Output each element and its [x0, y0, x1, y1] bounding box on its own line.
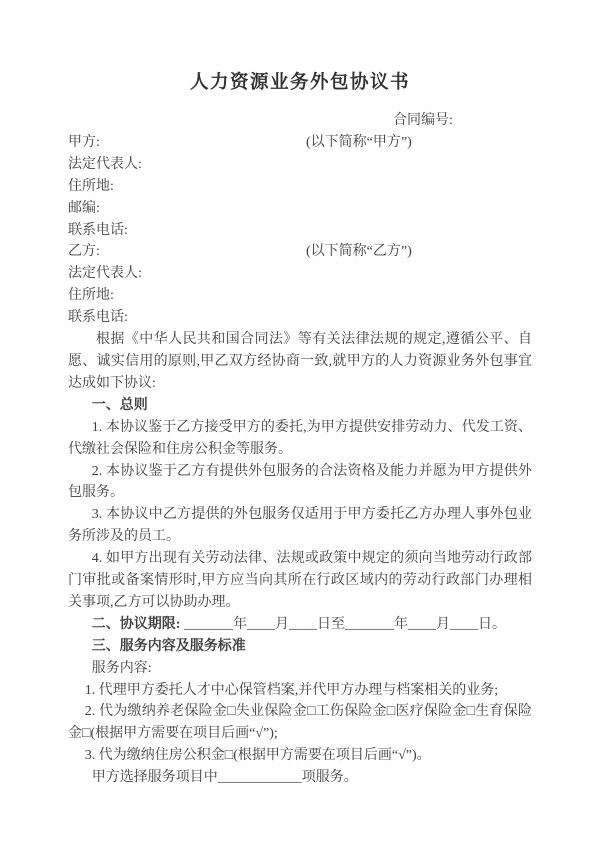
- service-content-label: 服务内容:: [68, 658, 532, 680]
- document-title: 人力资源业务外包协议书: [68, 70, 532, 96]
- party-a-note: (以下简称“甲方”): [306, 132, 412, 154]
- document-content: 人力资源业务外包协议书 合同编号: 甲方: (以下简称“甲方”) 法定代表人: …: [68, 0, 532, 789]
- party-b-note: (以下简称“乙方”): [306, 241, 412, 263]
- section-2-date-blanks: _______年____月____日至_______年____月____日。: [180, 617, 506, 632]
- preamble-paragraph: 根据《中华人民共和国合同法》等有关法律法规的规定,遵循公平、自愿、诚实信用的原则…: [68, 329, 532, 395]
- address-label: 住所地:: [68, 288, 114, 303]
- section-1-item-3: 3. 本协议中乙方提供的外包服务仅适用于甲方委托乙方办理人事外包业务所涉及的员工…: [68, 504, 532, 548]
- party-b-line: 乙方: (以下简称“乙方”): [68, 241, 532, 263]
- legal-rep-label: 法定代表人:: [68, 266, 142, 281]
- party-a-label: 甲方:: [68, 135, 100, 150]
- section-2-term-line: 二、协议期限: _______年____月____日至_______年____月…: [68, 614, 532, 636]
- party-b-label: 乙方:: [68, 244, 100, 259]
- party-b-address-line: 住所地:: [68, 285, 532, 307]
- section-3-item-1: 1. 代理甲方委托人才中心保管档案,并代甲方办理与档案相关的业务;: [68, 680, 532, 702]
- document-page: 人力资源业务外包协议书 合同编号: 甲方: (以下简称“甲方”) 法定代表人: …: [0, 0, 600, 849]
- phone-label: 联系电话:: [68, 223, 128, 238]
- phone-label: 联系电话:: [68, 310, 128, 325]
- section-1-item-4: 4. 如甲方出现有关劳动法律、法规或政策中规定的须向当地劳动行政部门审批或备案情…: [68, 548, 532, 614]
- section-3-item-3: 3. 代为缴纳住房公积金□(根据甲方需要在项目后画“√”)。: [68, 745, 532, 767]
- section-2-heading: 二、协议期限:: [92, 617, 181, 632]
- postcode-label: 邮编:: [68, 201, 100, 216]
- section-1-item-2: 2. 本协议鉴于乙方有提供外包服务的合法资格及能力并愿为甲方提供外包服务。: [68, 461, 532, 505]
- party-b-legal-rep-line: 法定代表人:: [68, 263, 532, 285]
- section-3-item-2: 2. 代为缴纳养老保险金□失业保险金□工伤保险金□医疗保险金□生育保险金□(根据…: [68, 701, 532, 745]
- contract-number-label: 合同编号:: [68, 110, 532, 132]
- party-a-postcode-line: 邮编:: [68, 198, 532, 220]
- address-label: 住所地:: [68, 179, 114, 194]
- party-a-legal-rep-line: 法定代表人:: [68, 154, 532, 176]
- party-a-phone-line: 联系电话:: [68, 220, 532, 242]
- service-selection-line: 甲方选择服务项目中____________项服务。: [68, 767, 532, 789]
- party-b-phone-line: 联系电话:: [68, 307, 532, 329]
- party-a-address-line: 住所地:: [68, 176, 532, 198]
- legal-rep-label: 法定代表人:: [68, 157, 142, 172]
- section-1-heading: 一、总则: [68, 395, 532, 417]
- section-1-item-1: 1. 本协议鉴于乙方接受甲方的委托,为甲方提供安排劳动力、代发工资、代缴社会保险…: [68, 417, 532, 461]
- party-a-line: 甲方: (以下简称“甲方”): [68, 132, 532, 154]
- section-3-heading: 三、服务内容及服务标准: [68, 636, 532, 658]
